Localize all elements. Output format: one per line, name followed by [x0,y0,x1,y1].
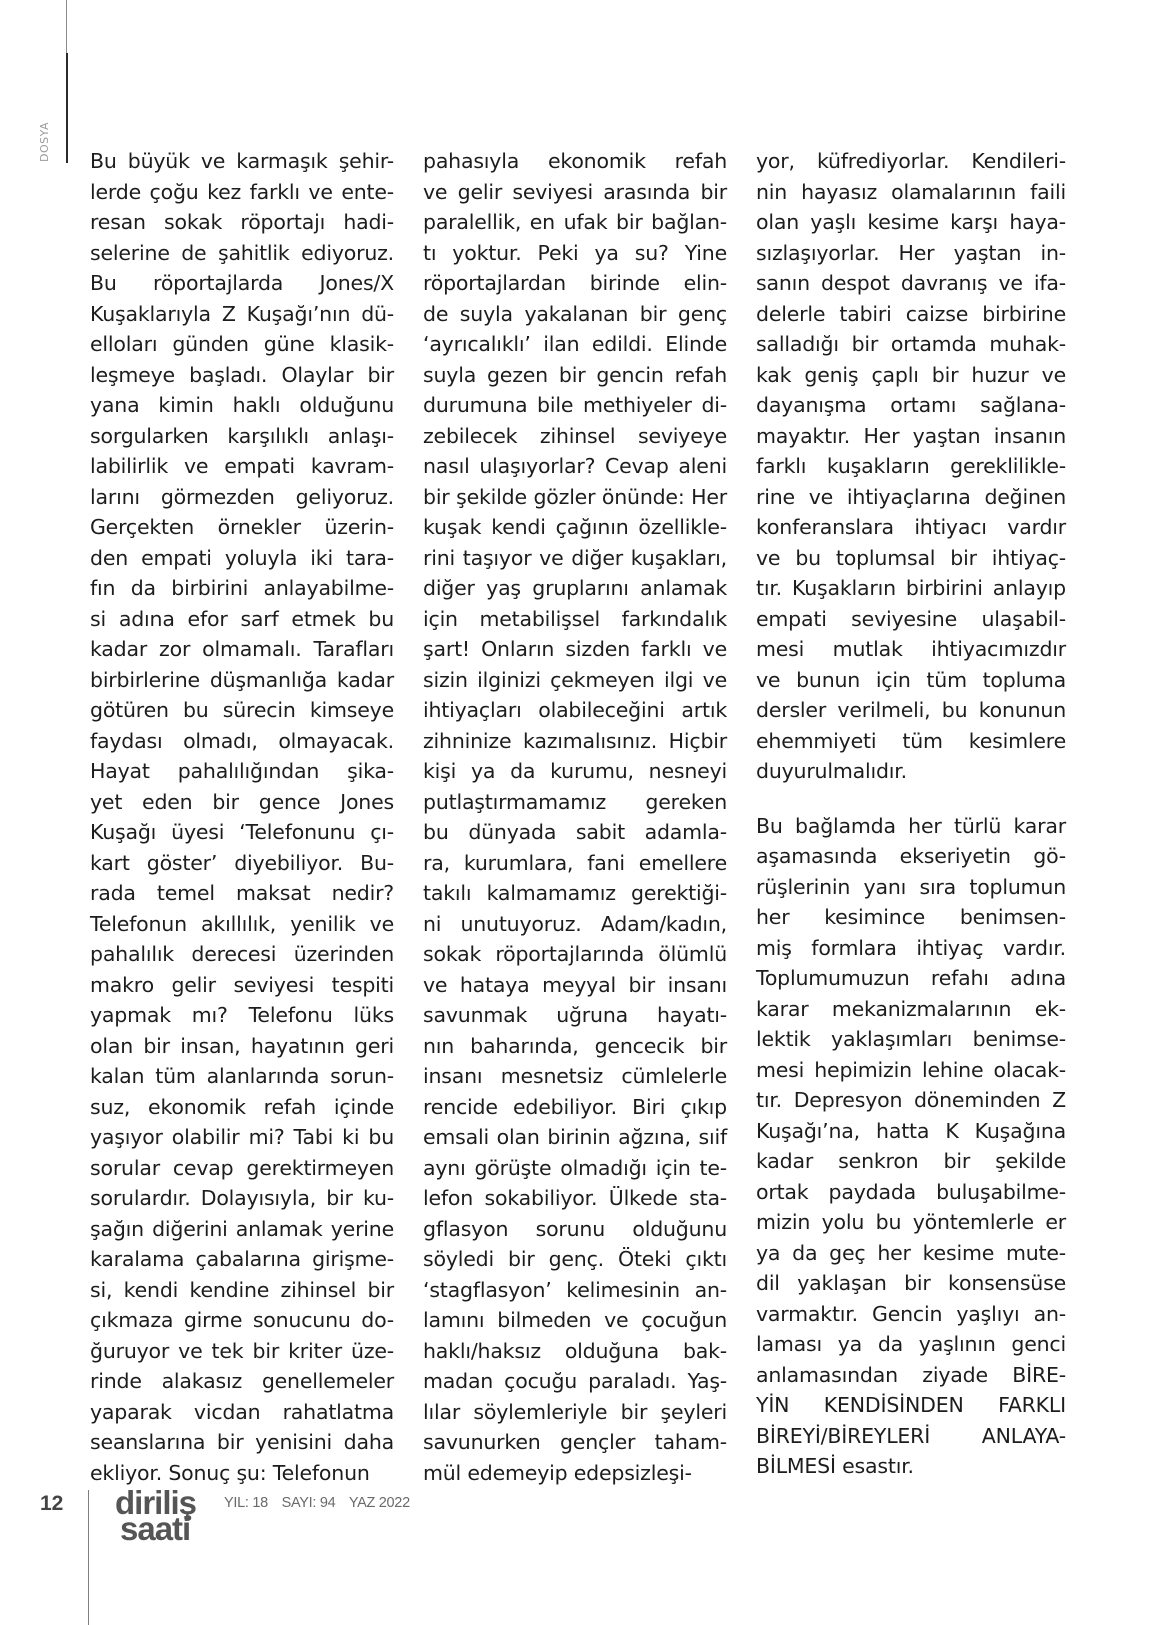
text-line: yapmak mı? Telefonu lüks [90,1000,394,1031]
logo-line-2: saati [115,1516,196,1542]
text-line: lerde çoğu kez farklı ve ente- [90,177,394,208]
text-line: dersler verilmeli, bu konunun [756,695,1066,726]
text-line: Kuşaklarıyla Z Kuşağı’nın dü- [90,299,394,330]
text-line: gflasyon sorunu olduğunu [423,1214,727,1245]
article-body: Bu büyük ve karmaşık şehir-lerde çoğu ke… [90,146,1070,1486]
text-line: anlamasından ziyade BİRE- [756,1360,1066,1391]
text-line: varmaktır. Gencin yaşlıyı an- [756,1299,1066,1330]
text-line: ihtiyaçları olabileceğini artık [423,695,727,726]
paragraph: pahasıyla ekonomik refahve gelir seviyes… [423,146,727,1488]
issue-year: YIL: 18 [224,1495,268,1511]
text-line: labilirlik ve empati kavram- [90,451,394,482]
text-line: seanslarına bir yenisini daha [90,1427,394,1458]
text-line: kak geniş çaplı bir huzur ve [756,360,1066,391]
text-line: sorular cevap gerektirmeyen [90,1153,394,1184]
text-line: birbirlerine düşmanlığa kadar [90,665,394,696]
text-line: tır. Depresyon döneminden Z [756,1085,1066,1116]
text-line: dayanışma ortamı sağlana- [756,390,1066,421]
text-line: sizin ilginizi çekmeyen ilgi ve [423,665,727,696]
text-line: kadar senkron bir şekilde [756,1146,1066,1177]
text-line: Bu bağlamda her türlü karar [756,811,1066,842]
text-line: mayaktır. Her yaştan insanın [756,421,1066,452]
text-line: mesi hepimizin lehine olacak- [756,1055,1066,1086]
text-line: kalan tüm alanlarında sorun- [90,1061,394,1092]
text-line: bir şekilde gözler önünde: Her [423,482,727,513]
text-line: zebilecek zihinsel seviyeye [423,421,727,452]
text-line: lektik yaklaşımları benimse- [756,1024,1066,1055]
paragraph: yor, küfrediyorlar. Kendileri-nin hayası… [756,146,1066,787]
text-line: mesi mutlak ihtiyacımızdır [756,634,1066,665]
magazine-logo: diriliş saati [115,1490,196,1541]
text-line: nin hayasız olamalarının faili [756,177,1066,208]
issue-season: YAZ 2022 [349,1495,410,1511]
article-column-2: pahasıyla ekonomik refahve gelir seviyes… [423,146,727,1488]
paragraph-gap [756,787,1066,811]
text-line: delerle tabiri caizse birbirine [756,299,1066,330]
text-line: BİLMESİ esastır. [756,1451,1066,1482]
text-line: durumuna bile methiyeler di- [423,390,727,421]
text-line: karalama çabalarına girişme- [90,1244,394,1275]
text-line: şart! Onların sizden farklı ve [423,634,727,665]
text-line: olan bir insan, hayatının geri [90,1031,394,1062]
text-line: ve bunun için tüm topluma [756,665,1066,696]
text-line: resan sokak röportajı hadi- [90,207,394,238]
text-line: tır. Kuşakların birbirini anlayıp [756,573,1066,604]
text-line: Toplumumuzun refahı adına [756,963,1066,994]
text-line: karar mekanizmalarının ek- [756,994,1066,1025]
text-line: kişi ya da kurumu, nesneyi [423,756,727,787]
text-line: Hayat pahalılığından şika- [90,756,394,787]
text-line: de suyla yakalanan bir genç [423,299,727,330]
text-line: savunmak uğruna hayatı- [423,1000,727,1031]
text-line: Gerçekten örnekler üzerin- [90,512,394,543]
text-line: Kuşağı üyesi ‘Telefonunu çı- [90,817,394,848]
text-line: ‘ayrıcalıklı’ ilan edildi. Elinde [423,329,727,360]
text-line: rinde alakasız genellemeler [90,1366,394,1397]
text-line: sanın despot davranış ve ifa- [756,268,1066,299]
text-line: elloları günden güne klasik- [90,329,394,360]
text-line: her kesimince benimsen- [756,902,1066,933]
text-line: sorgularken karşılıklı anlaşı- [90,421,394,452]
text-line: haklı/haksız olduğuna bak- [423,1336,727,1367]
text-line: şağın diğerini anlamak yerine [90,1214,394,1245]
text-line: için metabilişsel farkındalık [423,604,727,635]
text-line: kadar zor olmamalı. Tarafları [90,634,394,665]
text-line: kuşak kendi çağının özellikle- [423,512,727,543]
text-line: ni unutuyoruz. Adam/kadın, [423,909,727,940]
text-line: sokak röportajlarında ölümlü [423,939,727,970]
text-line: Bu röportajlarda Jones/X [90,268,394,299]
text-line: Telefonun akıllılık, yenilik ve [90,909,394,940]
text-line: ortak paydada buluşabilme- [756,1177,1066,1208]
text-line: paralellik, en ufak bir bağlan- [423,207,727,238]
text-line: rada temel maksat nedir? [90,878,394,909]
text-line: empati seviyesine ulaşabil- [756,604,1066,635]
text-line: emsali olan birinin ağzına, sıif [423,1122,727,1153]
text-line: yaparak vicdan rahatlatma [90,1397,394,1428]
text-line: BİREYİ/BİREYLERİ ANLAYA- [756,1421,1066,1452]
text-line: makro gelir seviyesi tespiti [90,970,394,1001]
text-line: rencide edebiliyor. Biri çıkıp [423,1092,727,1123]
text-line: çıkmaza girme sonucunu do- [90,1305,394,1336]
text-line: duyurulmalıdır. [756,756,1066,787]
text-line: ‘stagflasyon’ kelimesinin an- [423,1275,727,1306]
text-line: diğer yaş gruplarını anlamak [423,573,727,604]
text-line: salladığı bir ortamda muhak- [756,329,1066,360]
text-line: fın da birbirini anlayabilme- [90,573,394,604]
paragraph: Bu büyük ve karmaşık şehir-lerde çoğu ke… [90,146,394,1488]
text-line: pahalılık derecesi üzerinden [90,939,394,970]
text-line: insanı mesnetsiz cümlelerle [423,1061,727,1092]
text-line: sızlaşıyorlar. Her yaştan in- [756,238,1066,269]
text-line: mül edemeyip edepsizleşi- [423,1458,727,1489]
text-line: konferanslara ihtiyacı vardır [756,512,1066,543]
text-line: leşmeye başladı. Olaylar bir [90,360,394,391]
text-line: rini taşıyor ve diğer kuşakları, [423,543,727,574]
text-line: bu dünyada sabit adamla- [423,817,727,848]
text-line: nasıl ulaşıyorlar? Cevap aleni [423,451,727,482]
text-line: Kuşağı’na, hatta K Kuşağına [756,1116,1066,1147]
text-line: miş formlara ihtiyaç vardır. [756,933,1066,964]
text-line: ve gelir seviyesi arasında bir [423,177,727,208]
text-line: den empati yoluyla iki tara- [90,543,394,574]
text-line: ve hataya meyyal bir insanı [423,970,727,1001]
issue-number: SAYI: 94 [282,1495,336,1511]
text-line: madan çocuğu paraladı. Yaş- [423,1366,727,1397]
text-line: zihninize kazımalısınız. Hiçbir [423,726,727,757]
paragraph: Bu bağlamda her türlü kararaşamasında ek… [756,811,1066,1482]
text-line: faydası olmadı, olmayacak. [90,726,394,757]
top-margin-rule [66,0,67,53]
text-line: yet eden bir gence Jones [90,787,394,818]
text-line: suz, ekonomik refah içinde [90,1092,394,1123]
text-line: aynı görüşte olmadığı için te- [423,1153,727,1184]
text-line: savunurken gençler taham- [423,1427,727,1458]
text-line: Bu büyük ve karmaşık şehir- [90,146,394,177]
text-line: röportajlardan birinde elin- [423,268,727,299]
text-line: götüren bu sürecin kimseye [90,695,394,726]
text-line: pahasıyla ekonomik refah [423,146,727,177]
text-line: yor, küfrediyorlar. Kendileri- [756,146,1066,177]
issue-info: YIL: 18 SAYI: 94 YAZ 2022 [224,1495,420,1511]
text-line: ğuruyor ve tek bir kriter üze- [90,1336,394,1367]
section-marker-rule [66,53,68,163]
text-line: kart göster’ diyebiliyor. Bu- [90,848,394,879]
text-line: lamını bilmeden ve çocuğun [423,1305,727,1336]
text-line: selerine de şahitlik ediyoruz. [90,238,394,269]
article-column-3: yor, küfrediyorlar. Kendileri-nin hayası… [756,146,1066,1482]
text-line: lılar söylemleriyle bir şeyleri [423,1397,727,1428]
text-line: söyledi bir genç. Öteki çıktı [423,1244,727,1275]
text-line: putlaştırmamamız gereken [423,787,727,818]
text-line: yana kimin haklı olduğunu [90,390,394,421]
text-line: mizin yolu bu yöntemlerle er [756,1207,1066,1238]
text-line: ra, kurumlara, fani emellere [423,848,727,879]
text-line: rine ve ihtiyaçlarına değinen [756,482,1066,513]
section-label: DOSYA [38,122,51,162]
text-line: rüşlerinin yanı sıra toplumun [756,872,1066,903]
text-line: olan yaşlı kesime karşı haya- [756,207,1066,238]
article-column-1: Bu büyük ve karmaşık şehir-lerde çoğu ke… [90,146,394,1488]
text-line: si, kendi kendine zihinsel bir [90,1275,394,1306]
text-line: dil yaklaşan bir konsensüse [756,1268,1066,1299]
text-line: aşamasında ekseriyetin gö- [756,841,1066,872]
page-number: 12 [40,1492,63,1516]
footer-rule [88,1490,89,1625]
text-line: yaşıyor olabilir mi? Tabi ki bu [90,1122,394,1153]
text-line: laması ya da yaşlının genci [756,1329,1066,1360]
text-line: farklı kuşakların gereklilikle- [756,451,1066,482]
text-line: tı yoktur. Peki ya su? Yine [423,238,727,269]
text-line: nın baharında, gencecik bir [423,1031,727,1062]
text-line: ya da geç her kesime mute- [756,1238,1066,1269]
text-line: sorulardır. Dolayısıyla, bir ku- [90,1183,394,1214]
text-line: ehemmiyeti tüm kesimlere [756,726,1066,757]
text-line: YİN KENDİSİNDEN FARKLI [756,1390,1066,1421]
text-line: lefon sokabiliyor. Ülkede sta- [423,1183,727,1214]
text-line: ve bu toplumsal bir ihtiyaç- [756,543,1066,574]
text-line: takılı kalmamamız gerektiği- [423,878,727,909]
text-line: suyla gezen bir gencin refah [423,360,727,391]
text-line: si adına efor sarf etmek bu [90,604,394,635]
text-line: larını görmezden geliyoruz. [90,482,394,513]
